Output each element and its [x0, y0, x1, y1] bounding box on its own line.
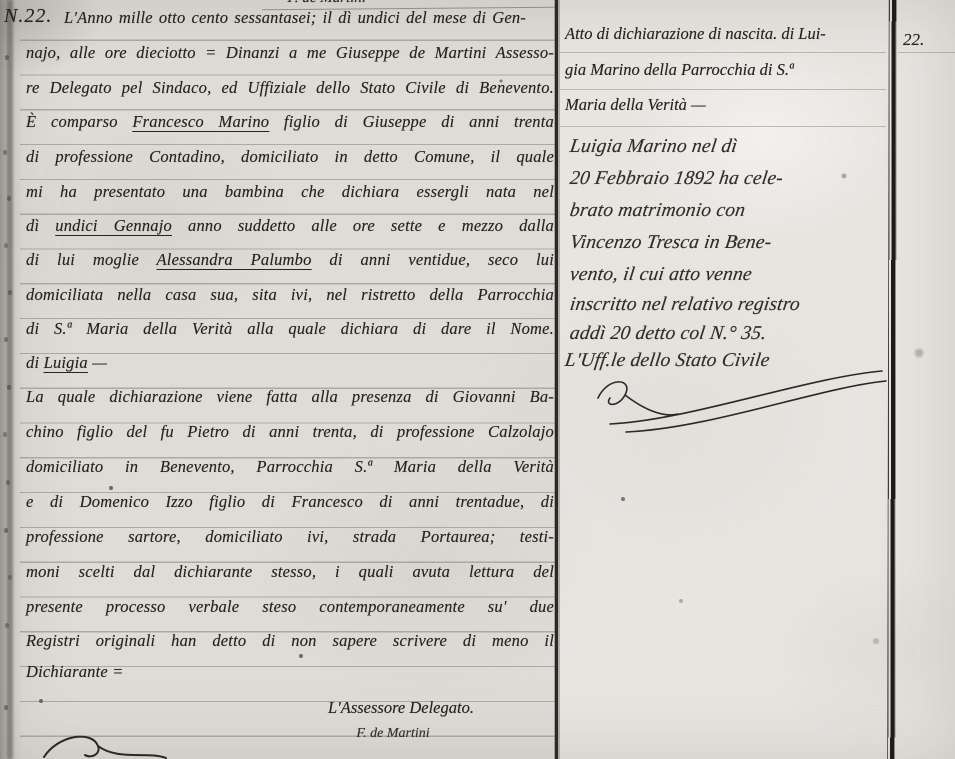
- act-line: È comparso Francesco Marino figlio di Gi…: [26, 112, 554, 132]
- act-line: professione sartore, domiciliato ivi, st…: [26, 527, 554, 547]
- marriage-note-line: addì 20 detto col N.° 35.: [568, 323, 889, 345]
- marriage-note-line: brato matrimonio con: [568, 200, 889, 222]
- page: F. de Martini N.22. L'Anno mille otto ce…: [0, 0, 955, 759]
- closing-signature: F. de Martini: [308, 726, 478, 742]
- act-line: chino figlio del fu Pietro di anni trent…: [26, 422, 554, 442]
- margin-rule: [898, 52, 955, 53]
- act-line: di lui moglie Alessandra Palumbo di anni…: [26, 250, 554, 270]
- annotation-heading-line: Atto di dichiarazione di nascita. di Lui…: [565, 24, 891, 44]
- ink-speck-layer: [0, 0, 2, 2]
- act-line: moni scelti dal dichiarante stesso, i qu…: [26, 562, 554, 582]
- marriage-note-line: Vincenzo Tresca in Bene-: [568, 232, 889, 254]
- act-line: L'Anno mille otto cento sessantasei; il …: [64, 8, 526, 28]
- act-line: di professione Contadino, domiciliato in…: [26, 147, 554, 167]
- act-line: najo, alle ore dieciotto = Dinanzi a me …: [26, 43, 554, 63]
- next-act-flourish: [40, 733, 170, 759]
- act-line: domiciliata nella casa sua, sita ivi, ne…: [26, 285, 554, 305]
- act-line: di S.ª Maria della Verità alla quale dic…: [26, 319, 554, 339]
- act-line: mi ha presentato una bambina che dichiar…: [26, 182, 554, 202]
- marriage-note-line: vento, il cui atto venne: [568, 264, 889, 286]
- annotation-heading-line: gia Marino della Parrocchia di S.ª: [565, 60, 891, 80]
- right-column-rule: [560, 126, 886, 127]
- act-line: Dichiarante =: [26, 662, 554, 682]
- act-line: di Luigia —: [26, 353, 554, 373]
- gutter-shadow: [7, 0, 13, 759]
- right-column-rule: [560, 52, 886, 53]
- act-line: dì undici Gennajo anno suddetto alle ore…: [26, 216, 554, 236]
- act-line: Registri originali han detto di non sape…: [26, 631, 554, 651]
- act-line: domiciliato in Benevento, Parrocchia S.ª…: [26, 457, 554, 477]
- marriage-note-line: inscritto nel relativo registro: [568, 294, 889, 316]
- previous-act-signature-fragment: F. de Martini: [287, 0, 368, 7]
- closing-title: L'Assessore Delegato.: [286, 698, 516, 718]
- annotation-heading-line: Maria della Verità —: [565, 95, 891, 115]
- act-line: re Delegato pel Sindaco, ed Uffiziale de…: [26, 78, 554, 98]
- column-divider: [555, 0, 558, 759]
- marriage-note-line: 20 Febbraio 1892 ha cele-: [568, 168, 889, 190]
- margin-number: 22.: [903, 30, 924, 50]
- right-column-rule: [560, 89, 886, 90]
- act-line: La quale dichiarazione viene fatta alla …: [26, 387, 554, 407]
- marriage-note-line: Luigia Marino nel dì: [568, 136, 889, 158]
- act-number: N.22.: [4, 5, 52, 28]
- act-line: e di Domenico Izzo figlio di Francesco d…: [26, 492, 554, 512]
- act-line: presente processo verbale steso contempo…: [26, 597, 554, 617]
- officer-signature-flourish: [580, 360, 890, 445]
